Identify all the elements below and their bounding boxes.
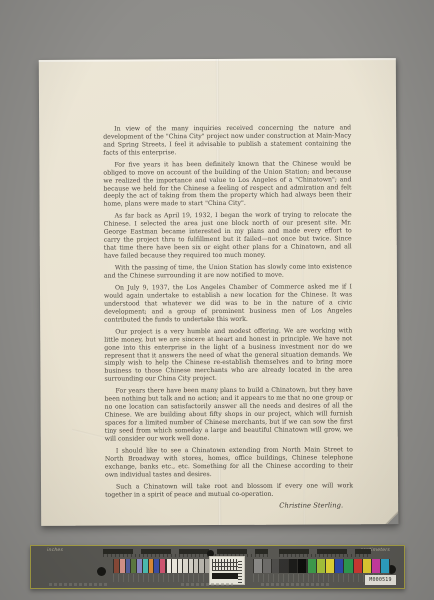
color-patch bbox=[137, 559, 142, 573]
letter-paragraph: For years there have been many plans to … bbox=[105, 387, 353, 444]
letter-paragraph: Such a Chinatown will take root and blos… bbox=[105, 482, 353, 499]
corner-fold bbox=[387, 513, 398, 524]
color-patch bbox=[326, 559, 334, 573]
color-patch bbox=[199, 559, 203, 573]
scan-background: In view of the many inquiries received c… bbox=[0, 0, 434, 600]
color-patch-row-left bbox=[113, 559, 166, 573]
color-patch-row-right bbox=[307, 559, 390, 573]
letter-paragraph: For five years it has been definitely kn… bbox=[103, 160, 351, 209]
letter-paragraph: As far back as April 19, 1932, I began t… bbox=[104, 212, 352, 261]
color-patch bbox=[160, 559, 165, 573]
letter-body: In view of the many inquiries received c… bbox=[103, 124, 353, 512]
letter-page: In view of the many inquiries received c… bbox=[39, 58, 398, 526]
ruler-id-label: M000519 bbox=[365, 575, 396, 585]
color-patch bbox=[167, 559, 171, 573]
color-patch bbox=[143, 559, 148, 573]
signature: Christine Sterling. bbox=[105, 503, 353, 512]
ruler-fine-print bbox=[49, 583, 107, 586]
sub-tick-strip bbox=[113, 574, 208, 582]
color-patch bbox=[149, 559, 154, 573]
ruler-fine-print bbox=[181, 583, 233, 586]
color-patch bbox=[344, 559, 352, 573]
color-patch bbox=[298, 559, 306, 573]
dark-patch-row bbox=[253, 559, 307, 573]
color-patch bbox=[120, 559, 125, 573]
color-patch bbox=[172, 559, 176, 573]
letter-paragraph: On July 9, 1937, the Los Angeles Chamber… bbox=[104, 283, 352, 324]
letter-paragraph: Our project is a very humble and modest … bbox=[104, 327, 352, 384]
color-patch bbox=[308, 559, 316, 573]
color-patch bbox=[317, 559, 325, 573]
inches-label: inches bbox=[47, 548, 63, 553]
color-patch bbox=[272, 559, 280, 573]
color-patch bbox=[114, 559, 119, 573]
color-patch bbox=[263, 559, 271, 573]
color-patch bbox=[254, 559, 262, 573]
color-patch bbox=[381, 559, 389, 573]
color-patch bbox=[289, 559, 297, 573]
color-patch bbox=[335, 559, 343, 573]
resolution-target bbox=[209, 556, 245, 585]
color-patch bbox=[372, 559, 380, 573]
color-patch bbox=[354, 559, 362, 573]
fine-tick-strip bbox=[279, 554, 371, 557]
fiducial-dot-icon bbox=[97, 567, 106, 576]
color-patch bbox=[154, 559, 159, 573]
color-patch bbox=[363, 559, 371, 573]
grayscale-patch-row bbox=[166, 559, 210, 573]
ruler-fine-print bbox=[261, 583, 331, 586]
color-patch bbox=[131, 559, 136, 573]
color-patch bbox=[183, 559, 187, 573]
letter-paragraph: In view of the many inquiries received c… bbox=[103, 124, 351, 157]
density-bar-icon bbox=[212, 573, 238, 579]
letter-paragraph: I should like to see a Chinatown extendi… bbox=[105, 446, 353, 479]
color-patch bbox=[126, 559, 131, 573]
color-patch bbox=[189, 559, 193, 573]
color-patch bbox=[194, 559, 198, 573]
paper-edge-highlight bbox=[39, 58, 396, 62]
resolution-bars-icon bbox=[212, 559, 238, 571]
letter-paragraph: With the passing of time, the Union Stat… bbox=[104, 263, 352, 280]
color-patch bbox=[178, 559, 182, 573]
resolution-bars-icon bbox=[238, 559, 242, 583]
calibration-ruler: inches centimeters M000519 bbox=[30, 545, 405, 589]
color-patch bbox=[280, 559, 288, 573]
